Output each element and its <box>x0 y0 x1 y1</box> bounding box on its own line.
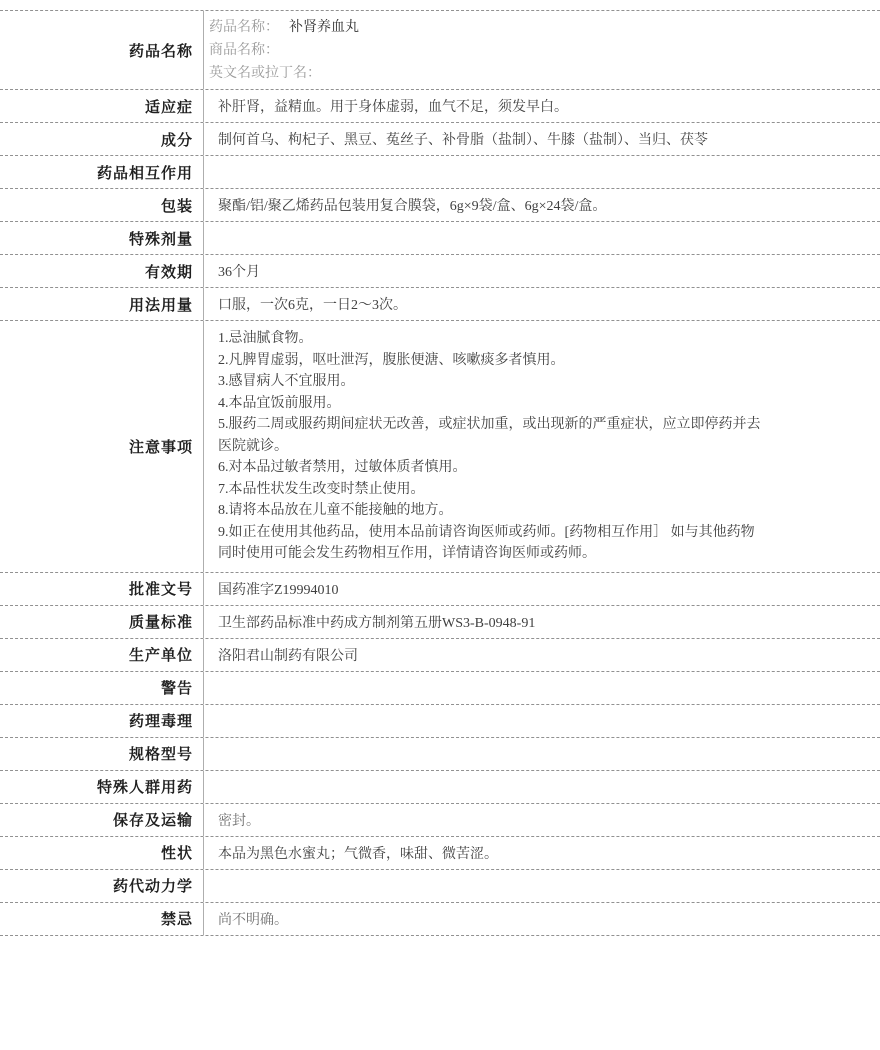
row-precautions-value: 1.忌油腻食物。 2.凡脾胃虚弱，呕吐泄泻，腹胀便溏、咳嗽痰多者慎用。 3.感冒… <box>204 321 880 572</box>
row-shelf-life: 有效期 36个月 <box>0 255 880 288</box>
precaution-item: 9.如正在使用其他药品，使用本品前请咨询医师或药师。[药物相互作用］ 如与其他药… <box>218 522 866 565</box>
drug-info-table: 药品名称 药品名称：补肾养血丸 商品名称： 英文名或拉丁名： 适应症 补肝肾，益… <box>0 10 880 936</box>
drug-name-field: 药品名称：补肾养血丸 <box>209 16 866 39</box>
row-indications-label: 适应症 <box>0 90 204 122</box>
row-special-populations: 特殊人群用药 <box>0 771 880 804</box>
trade-name-key: 商品名称： <box>209 43 279 58</box>
row-drug-interactions: 药品相互作用 <box>0 156 880 189</box>
row-contraindications-value: 尚不明确。 <box>204 903 880 935</box>
precaution-item: 4.本品宜饭前服用。 <box>218 393 866 415</box>
row-ingredients-value: 制何首乌、枸杞子、黑豆、菟丝子、补骨脂（盐制）、牛膝（盐制）、当归、茯苓 <box>204 123 880 155</box>
row-quality-standard-label: 质量标准 <box>0 606 204 638</box>
row-warning-value <box>204 672 880 704</box>
row-properties-label: 性状 <box>0 837 204 869</box>
row-manufacturer: 生产单位 洛阳君山制药有限公司 <box>0 639 880 672</box>
row-approval-number-value: 国药准字Z19994010 <box>204 573 880 605</box>
drug-name-key: 药品名称： <box>209 20 279 35</box>
precaution-item: 7.本品性状发生改变时禁止使用。 <box>218 479 866 501</box>
precaution-item: 1.忌油腻食物。 <box>218 328 866 350</box>
row-contraindications: 禁忌 尚不明确。 <box>0 903 880 936</box>
row-pharmacokinetics-value <box>204 870 880 902</box>
row-specification-model-value <box>204 738 880 770</box>
precaution-item: 2.凡脾胃虚弱，呕吐泄泻，腹胀便溏、咳嗽痰多者慎用。 <box>218 350 866 372</box>
latin-name-field: 英文名或拉丁名： <box>209 62 866 85</box>
row-manufacturer-value: 洛阳君山制药有限公司 <box>204 639 880 671</box>
row-special-dosage: 特殊剂量 <box>0 222 880 255</box>
row-storage-transport-value: 密封。 <box>204 804 880 836</box>
row-packaging: 包装 聚酯/铝/聚乙烯药品包装用复合膜袋，6g×9袋/盒、6g×24袋/盒。 <box>0 189 880 222</box>
row-drug-name: 药品名称 药品名称：补肾养血丸 商品名称： 英文名或拉丁名： <box>0 11 880 90</box>
row-special-populations-label: 特殊人群用药 <box>0 771 204 803</box>
row-packaging-label: 包装 <box>0 189 204 221</box>
row-properties: 性状 本品为黑色水蜜丸；气微香，味甜、微苦涩。 <box>0 837 880 870</box>
row-specification-model: 规格型号 <box>0 738 880 771</box>
row-precautions: 注意事项 1.忌油腻食物。 2.凡脾胃虚弱，呕吐泄泻，腹胀便溏、咳嗽痰多者慎用。… <box>0 321 880 573</box>
precaution-item: 6.对本品过敏者禁用，过敏体质者慎用。 <box>218 457 866 479</box>
row-ingredients: 成分 制何首乌、枸杞子、黑豆、菟丝子、补骨脂（盐制）、牛膝（盐制）、当归、茯苓 <box>0 123 880 156</box>
row-drug-interactions-value <box>204 156 880 188</box>
row-pharmacology-toxicology-label: 药理毒理 <box>0 705 204 737</box>
row-indications: 适应症 补肝肾，益精血。用于身体虚弱，血气不足，须发早白。 <box>0 90 880 123</box>
row-indications-value: 补肝肾，益精血。用于身体虚弱，血气不足，须发早白。 <box>204 90 880 122</box>
row-special-dosage-value <box>204 222 880 254</box>
row-properties-value: 本品为黑色水蜜丸；气微香，味甜、微苦涩。 <box>204 837 880 869</box>
row-dosage-usage-label: 用法用量 <box>0 288 204 320</box>
row-special-dosage-label: 特殊剂量 <box>0 222 204 254</box>
row-quality-standard: 质量标准 卫生部药品标准中药成方制剂第五册WS3-B-0948-91 <box>0 606 880 639</box>
row-drug-interactions-label: 药品相互作用 <box>0 156 204 188</box>
row-storage-transport: 保存及运输 密封。 <box>0 804 880 837</box>
precaution-item: 8.请将本品放在儿童不能接触的地方。 <box>218 500 866 522</box>
row-pharmacokinetics: 药代动力学 <box>0 870 880 903</box>
row-shelf-life-value: 36个月 <box>204 255 880 287</box>
latin-name-key: 英文名或拉丁名： <box>209 66 321 81</box>
row-packaging-value: 聚酯/铝/聚乙烯药品包装用复合膜袋，6g×9袋/盒、6g×24袋/盒。 <box>204 189 880 221</box>
row-drug-name-label: 药品名称 <box>0 11 204 89</box>
row-storage-transport-label: 保存及运输 <box>0 804 204 836</box>
row-approval-number-label: 批准文号 <box>0 573 204 605</box>
row-warning: 警告 <box>0 672 880 705</box>
row-ingredients-label: 成分 <box>0 123 204 155</box>
row-drug-name-value: 药品名称：补肾养血丸 商品名称： 英文名或拉丁名： <box>204 11 880 89</box>
row-pharmacology-toxicology-value <box>204 705 880 737</box>
row-manufacturer-label: 生产单位 <box>0 639 204 671</box>
row-pharmacology-toxicology: 药理毒理 <box>0 705 880 738</box>
row-pharmacokinetics-label: 药代动力学 <box>0 870 204 902</box>
row-dosage-usage-value: 口服，一次6克，一日2～3次。 <box>204 288 880 320</box>
row-approval-number: 批准文号 国药准字Z19994010 <box>0 573 880 606</box>
row-special-populations-value <box>204 771 880 803</box>
row-quality-standard-value: 卫生部药品标准中药成方制剂第五册WS3-B-0948-91 <box>204 606 880 638</box>
row-dosage-usage: 用法用量 口服，一次6克，一日2～3次。 <box>0 288 880 321</box>
row-warning-label: 警告 <box>0 672 204 704</box>
row-precautions-label: 注意事项 <box>0 321 204 572</box>
row-shelf-life-label: 有效期 <box>0 255 204 287</box>
row-specification-model-label: 规格型号 <box>0 738 204 770</box>
precaution-item: 5.服药二周或服药期间症状无改善，或症状加重，或出现新的严重症状，应立即停药并去… <box>218 414 866 457</box>
drug-name-text: 补肾养血丸 <box>289 20 359 35</box>
precaution-item: 3.感冒病人不宜服用。 <box>218 371 866 393</box>
trade-name-field: 商品名称： <box>209 39 866 62</box>
row-contraindications-label: 禁忌 <box>0 903 204 935</box>
